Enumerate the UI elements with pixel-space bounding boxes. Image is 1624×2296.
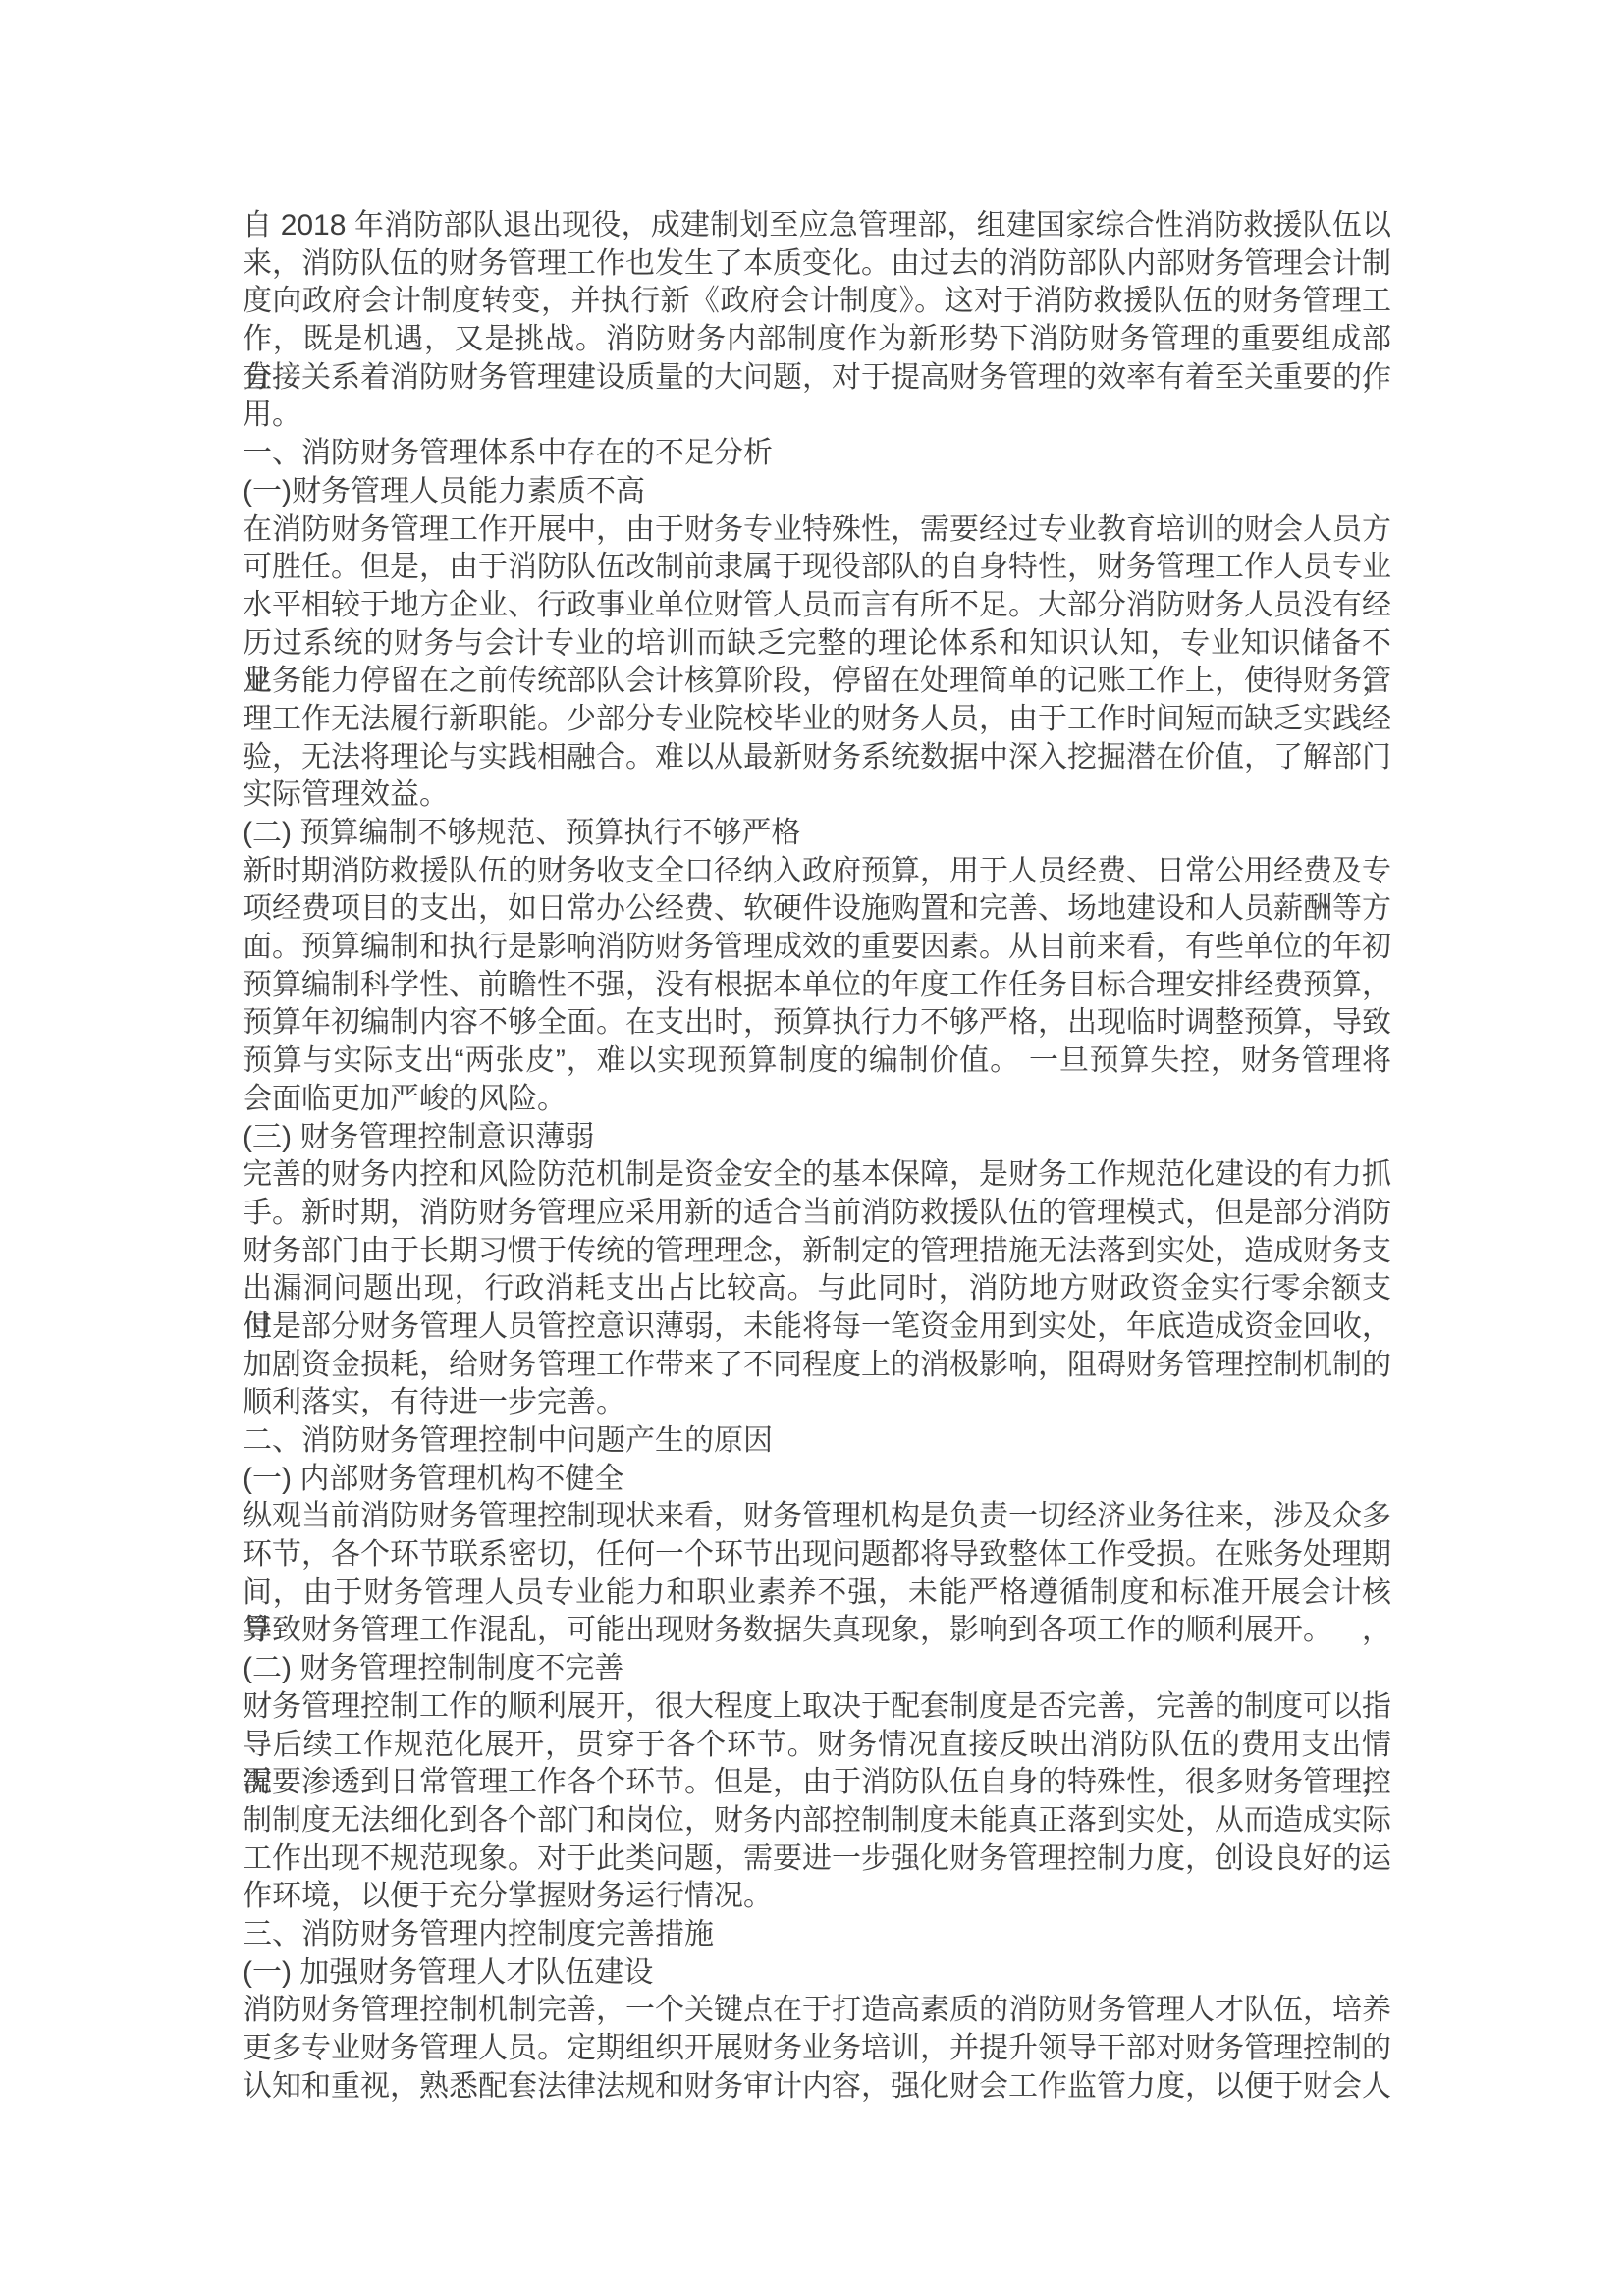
text-line: (三) 财务管理控制意识薄弱 — [243, 1119, 1391, 1157]
text-line: (二) 预算编制不够规范、预算执行不够严格 — [243, 815, 1391, 853]
text-line: 预算年初编制内容不够全面。在支出时，预算执行力不够严格，出现临时调整预算，导致 — [243, 1004, 1391, 1042]
section-heading: (一) 加强财务管理人才队伍建设 — [243, 1954, 1391, 1993]
section-heading: (二) 预算编制不够规范、预算执行不够严格 — [243, 815, 1391, 853]
text-line: 认知和重视，熟悉配套法律法规和财务审计内容，强化财会工作监管力度，以便于财会人 — [243, 2068, 1391, 2107]
document-content: 自 2018 年消防部队退出现役，成建制划至应急管理部，组建国家综合性消防救援队… — [243, 207, 1391, 2106]
text-line: 手。新时期，消防财务管理应采用新的适合当前消防救援队伍的管理模式，但是部分消防 — [243, 1195, 1391, 1233]
text-line: 作，既是机遇，又是挑战。消防财务内部制度作为新形势下消防财务管理的重要组成部分， — [243, 321, 1391, 359]
text-line: 财务部门由于长期习惯于传统的管理理念，新制定的管理措施无法落到实处，造成财务支 — [243, 1233, 1391, 1271]
text-line: 二、消防财务管理控制中问题产生的原因 — [243, 1422, 1391, 1461]
text-line: 历过系统的财务与会计专业的培训而缺乏完整的理论体系和知识认知，专业知识储备不足， — [243, 625, 1391, 664]
paragraph: 自 2018 年消防部队退出现役，成建制划至应急管理部，组建国家综合性消防救援队… — [243, 207, 1391, 435]
text-line: 在消防财务管理工作开展中，由于财务专业特殊性，需要经过专业教育培训的财会人员方 — [243, 511, 1391, 550]
text-line: (一) 加强财务管理人才队伍建设 — [243, 1954, 1391, 1993]
text-line: 导后续工作规范化展开，贯穿于各个环节。财务情况直接反映出消防队伍的费用支出情况， — [243, 1727, 1391, 1765]
text-line: 度向政府会计制度转变，并执行新《政府会计制度》。这对于消防救援队伍的财务管理工 — [243, 283, 1391, 321]
section-heading: 三、消防财务管理内控制度完善措施 — [243, 1916, 1391, 1954]
text-line: 但是部分财务管理人员管控意识薄弱，未能将每一笔资金用到实处，年底造成资金回收， — [243, 1308, 1391, 1347]
text-line: 用。 — [243, 397, 1391, 435]
paragraph: 完善的财务内控和风险防范机制是资金安全的基本保障，是财务工作规范化建设的有力抓手… — [243, 1156, 1391, 1422]
text-line: 水平相较于地方企业、行政事业单位财管人员而言有所不足。大部分消防财务人员没有经 — [243, 587, 1391, 625]
text-line: 加剧资金损耗，给财务管理工作带来了不同程度上的消极影响，阻碍财务管理控制机制的 — [243, 1347, 1391, 1385]
text-line: 需要渗透到日常管理工作各个环节。但是，由于消防队伍自身的特殊性，很多财务管理控 — [243, 1764, 1391, 1802]
text-line: 面。预算编制和执行是影响消防财务管理成效的重要因素。从目前来看，有些单位的年初 — [243, 929, 1391, 967]
section-heading: (一) 内部财务管理机构不健全 — [243, 1461, 1391, 1499]
section-heading: (二) 财务管理控制制度不完善 — [243, 1650, 1391, 1688]
paragraph: 财务管理控制工作的顺利展开，很大程度上取决于配套制度是否完善，完善的制度可以指导… — [243, 1688, 1391, 1916]
section-heading: 二、消防财务管理控制中问题产生的原因 — [243, 1422, 1391, 1461]
text-line: 可胜任。但是，由于消防队伍改制前隶属于现役部队的自身特性，财务管理工作人员专业 — [243, 549, 1391, 587]
text-line: 新时期消防救援队伍的财务收支全口径纳入政府预算，用于人员经费、日常公用经费及专 — [243, 853, 1391, 891]
text-line: (一)财务管理人员能力素质不高 — [243, 473, 1391, 511]
text-line: 来，消防队伍的财务管理工作也发生了本质变化。由过去的消防部队内部财务管理会计制 — [243, 245, 1391, 284]
paragraph: 在消防财务管理工作开展中，由于财务专业特殊性，需要经过专业教育培训的财会人员方可… — [243, 511, 1391, 816]
text-line: (二) 财务管理控制制度不完善 — [243, 1650, 1391, 1688]
text-line: 验，无法将理论与实践相融合。难以从最新财务系统数据中深入挖掘潜在价值，了解部门 — [243, 739, 1391, 777]
text-line: 直接关系着消防财务管理建设质量的大问题，对于提高财务管理的效率有着至关重要的作 — [243, 359, 1391, 398]
text-line: 顺利落实，有待进一步完善。 — [243, 1384, 1391, 1422]
paragraph: 消防财务管理控制机制完善，一个关键点在于打造高素质的消防财务管理人才队伍，培养更… — [243, 1992, 1391, 2106]
text-line: 间，由于财务管理人员专业能力和职业素养不强，未能严格遵循制度和标准开展会计核算， — [243, 1575, 1391, 1613]
text-line: (一) 内部财务管理机构不健全 — [243, 1461, 1391, 1499]
text-line: 理工作无法履行新职能。少部分专业院校毕业的财务人员，由于工作时间短而缺乏实践经 — [243, 701, 1391, 739]
section-heading: (一)财务管理人员能力素质不高 — [243, 473, 1391, 511]
text-line: 业务能力停留在之前传统部队会计核算阶段，停留在处理简单的记账工作上，使得财务管 — [243, 663, 1391, 701]
text-line: 出漏洞问题出现，行政消耗支出占比较高。与此同时，消防地方财政资金实行零余额支付， — [243, 1270, 1391, 1308]
section-heading: (三) 财务管理控制意识薄弱 — [243, 1119, 1391, 1157]
text-line: 实际管理效益。 — [243, 776, 1391, 815]
text-line: 财务管理控制工作的顺利展开，很大程度上取决于配套制度是否完善，完善的制度可以指 — [243, 1688, 1391, 1727]
text-line: 预算与实际支出“两张皮”，难以实现预算制度的编制价值。 一旦预算失控，财务管理将 — [243, 1042, 1391, 1081]
text-line: 消防财务管理控制机制完善，一个关键点在于打造高素质的消防财务管理人才队伍，培养 — [243, 1992, 1391, 2030]
paragraph: 纵观当前消防财务管理控制现状来看，财务管理机构是负责一切经济业务往来，涉及众多环… — [243, 1498, 1391, 1650]
text-line: 预算编制科学性、前瞻性不强，没有根据本单位的年度工作任务目标合理安排经费预算， — [243, 967, 1391, 1005]
text-line: 制制度无法细化到各个部门和岗位，财务内部控制制度未能真正落到实处，从而造成实际 — [243, 1802, 1391, 1841]
text-line: 作环境，以便于充分掌握财务运行情况。 — [243, 1878, 1391, 1916]
text-line: 更多专业财务管理人员。定期组织开展财务业务培训，并提升领导干部对财务管理控制的 — [243, 2030, 1391, 2068]
section-heading: 一、消防财务管理体系中存在的不足分析 — [243, 435, 1391, 473]
document-page: 自 2018 年消防部队退出现役，成建制划至应急管理部，组建国家综合性消防救援队… — [0, 0, 1624, 2296]
text-line: 三、消防财务管理内控制度完善措施 — [243, 1916, 1391, 1954]
text-line: 工作出现不规范现象。对于此类问题，需要进一步强化财务管理控制力度，创设良好的运 — [243, 1841, 1391, 1879]
text-line: 一、消防财务管理体系中存在的不足分析 — [243, 435, 1391, 473]
text-line: 项经费项目的支出，如日常办公经费、软硬件设施购置和完善、场地建设和人员薪酬等方 — [243, 890, 1391, 929]
text-line: 完善的财务内控和风险防范机制是资金安全的基本保障，是财务工作规范化建设的有力抓 — [243, 1156, 1391, 1195]
text-line: 纵观当前消防财务管理控制现状来看，财务管理机构是负责一切经济业务往来，涉及众多 — [243, 1498, 1391, 1536]
text-line: 环节，各个环节联系密切，任何一个环节出现问题都将导致整体工作受损。在账务处理期 — [243, 1536, 1391, 1575]
text-line: 导致财务管理工作混乱，可能出现财务数据失真现象，影响到各项工作的顺利展开。 — [243, 1612, 1391, 1650]
text-line: 会面临更加严峻的风险。 — [243, 1081, 1391, 1119]
paragraph: 新时期消防救援队伍的财务收支全口径纳入政府预算，用于人员经费、日常公用经费及专项… — [243, 853, 1391, 1119]
text-line: 自 2018 年消防部队退出现役，成建制划至应急管理部，组建国家综合性消防救援队… — [243, 207, 1391, 245]
